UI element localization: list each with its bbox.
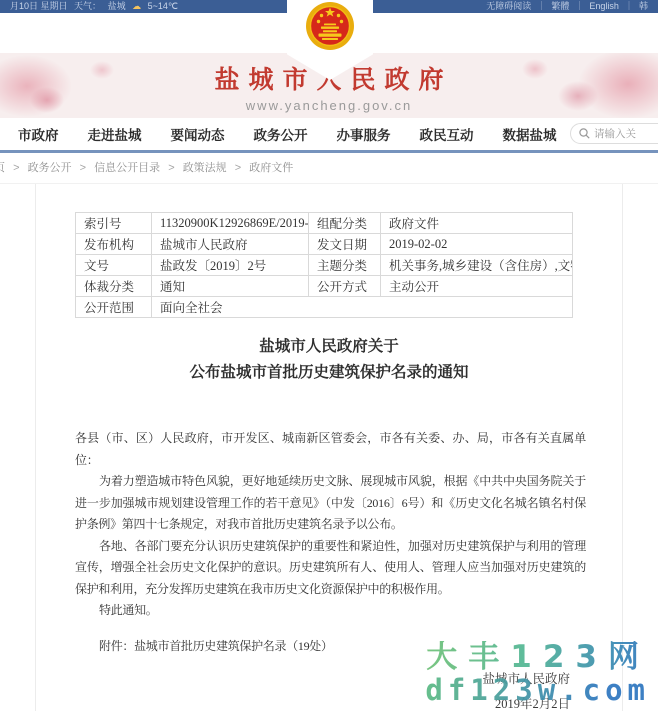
breadcrumb-item-policies[interactable]: 政策法规 <box>183 162 227 174</box>
meta-value: 机关事务,城乡建设（含住房）,文物,文化 <box>381 255 573 276</box>
document-signature: 盐城市人民政府 2019年2月2日 <box>36 667 622 711</box>
breadcrumb-separator: > <box>80 162 86 174</box>
document-title-line1: 盐城市人民政府关于 <box>36 334 622 360</box>
meta-label: 主题分类 <box>309 255 381 276</box>
national-emblem-icon <box>304 1 356 53</box>
table-row: 索引号 11320900K12926869E/2019-00463 组配分类 政… <box>76 213 573 234</box>
document-body: 各县（市、区）人民政府，市开发区、城南新区管委会，市各有关委、办、局，市各有关直… <box>75 428 586 657</box>
meta-value: 盐政发〔2019〕2号 <box>152 255 309 276</box>
breadcrumb-item-home[interactable]: 页 <box>0 162 5 174</box>
breadcrumb-item-disclosure[interactable]: 政务公开 <box>28 162 72 174</box>
breadcrumb-separator: > <box>13 162 19 174</box>
breadcrumb-separator: > <box>168 162 174 174</box>
nav-item-city-government[interactable]: 市政府 <box>18 124 59 144</box>
nav-item-services[interactable]: 办事服务 <box>337 124 391 144</box>
meta-label: 体裁分类 <box>76 276 152 297</box>
temperature-text: 5~14℃ <box>148 1 178 11</box>
nav-item-about-yancheng[interactable]: 走进盐城 <box>88 124 142 144</box>
search-input[interactable] <box>594 128 658 140</box>
link-separator: ｜ <box>575 1 584 11</box>
topbar-weather: 月10日 星期日 天气： 盐城 ☁ 5~14℃ <box>10 0 182 13</box>
document-title-line2: 公布盐城市首批历史建筑保护名录的通知 <box>36 360 622 386</box>
date-text: 月10日 星期日 <box>10 1 68 11</box>
search-icon <box>579 128 590 139</box>
document-paragraph: 特此通知。 <box>75 600 586 622</box>
site-url: www.yancheng.gov.cn <box>0 98 658 113</box>
meta-value: 通知 <box>152 276 309 297</box>
document-attachment: 附件：盐城市首批历史建筑保护名录（19处） <box>75 636 586 658</box>
table-row: 发布机构 盐城市人民政府 发文日期 2019-02-02 <box>76 234 573 255</box>
signer-name: 盐城市人民政府 <box>36 667 570 692</box>
breadcrumb-item-gov-documents[interactable]: 政府文件 <box>249 162 293 174</box>
link-separator: ｜ <box>624 1 633 11</box>
weather-city: 盐城 <box>108 1 126 11</box>
meta-value: 2019-02-02 <box>381 234 573 255</box>
document-paragraph: 各地、各部门要充分认识历史建筑保护的重要性和紧迫性，加强对历史建筑保护与利用的管… <box>75 536 586 601</box>
link-accessibility[interactable]: 无障碍阅读 <box>486 1 531 11</box>
document-salutation: 各县（市、区）人民政府，市开发区、城南新区管委会，市各有关委、办、局，市各有关直… <box>75 428 586 471</box>
nav-item-news[interactable]: 要闻动态 <box>171 124 225 144</box>
meta-label: 组配分类 <box>309 213 381 234</box>
meta-value: 政府文件 <box>381 213 573 234</box>
page-title: 盐城市人民政府关于 公布盐城市首批历史建筑保护名录的通知 <box>36 334 622 386</box>
meta-label: 发文日期 <box>309 234 381 255</box>
table-row: 体裁分类 通知 公开方式 主动公开 <box>76 276 573 297</box>
meta-label: 公开方式 <box>309 276 381 297</box>
document-card: 索引号 11320900K12926869E/2019-00463 组配分类 政… <box>35 184 623 711</box>
meta-value: 主动公开 <box>381 276 573 297</box>
signature-date: 2019年2月2日 <box>36 692 570 711</box>
meta-label: 索引号 <box>76 213 152 234</box>
link-traditional-chinese[interactable]: 繁體 <box>551 1 569 11</box>
meta-label: 文号 <box>76 255 152 276</box>
meta-value: 面向全社会 <box>152 297 573 318</box>
nav-item-gov-disclosure[interactable]: 政务公开 <box>254 124 308 144</box>
breadcrumb-item-catalog[interactable]: 信息公开目录 <box>94 162 160 174</box>
search-box[interactable] <box>570 123 658 144</box>
meta-label: 发布机构 <box>76 234 152 255</box>
table-row: 公开范围 面向全社会 <box>76 297 573 318</box>
weather-label: 天气： <box>74 1 101 11</box>
breadcrumb-separator: > <box>235 162 241 174</box>
nav-item-data[interactable]: 数据盐城 <box>503 124 557 144</box>
page: 月10日 星期日 天气： 盐城 ☁ 5~14℃ 无障碍阅读 ｜ 繁體 ｜ Eng… <box>0 0 658 711</box>
nav-item-interaction[interactable]: 政民互动 <box>420 124 474 144</box>
link-korean[interactable]: 韩 <box>639 1 648 11</box>
main-nav: 市政府 走进盐城 要闻动态 政务公开 办事服务 政民互动 数据盐城 <box>0 118 658 150</box>
meta-value: 盐城市人民政府 <box>152 234 309 255</box>
link-english[interactable]: English <box>589 1 619 11</box>
breadcrumb: 页 > 政务公开 > 信息公开目录 > 政策法规 > 政府文件 <box>0 153 658 184</box>
document-paragraph: 为着力塑造城市特色风貌，更好地延续历史文脉、展现城市风貌，根据《中共中央国务院关… <box>75 471 586 536</box>
cloud-icon: ☁ <box>132 1 141 11</box>
document-meta-table: 索引号 11320900K12926869E/2019-00463 组配分类 政… <box>75 212 573 318</box>
meta-label: 公开范围 <box>76 297 152 318</box>
link-separator: ｜ <box>537 1 546 11</box>
table-row: 文号 盐政发〔2019〕2号 主题分类 机关事务,城乡建设（含住房）,文物,文化 <box>76 255 573 276</box>
topbar-links: 无障碍阅读 ｜ 繁體 ｜ English ｜ 韩 <box>483 0 648 13</box>
meta-value: 11320900K12926869E/2019-00463 <box>152 213 309 234</box>
